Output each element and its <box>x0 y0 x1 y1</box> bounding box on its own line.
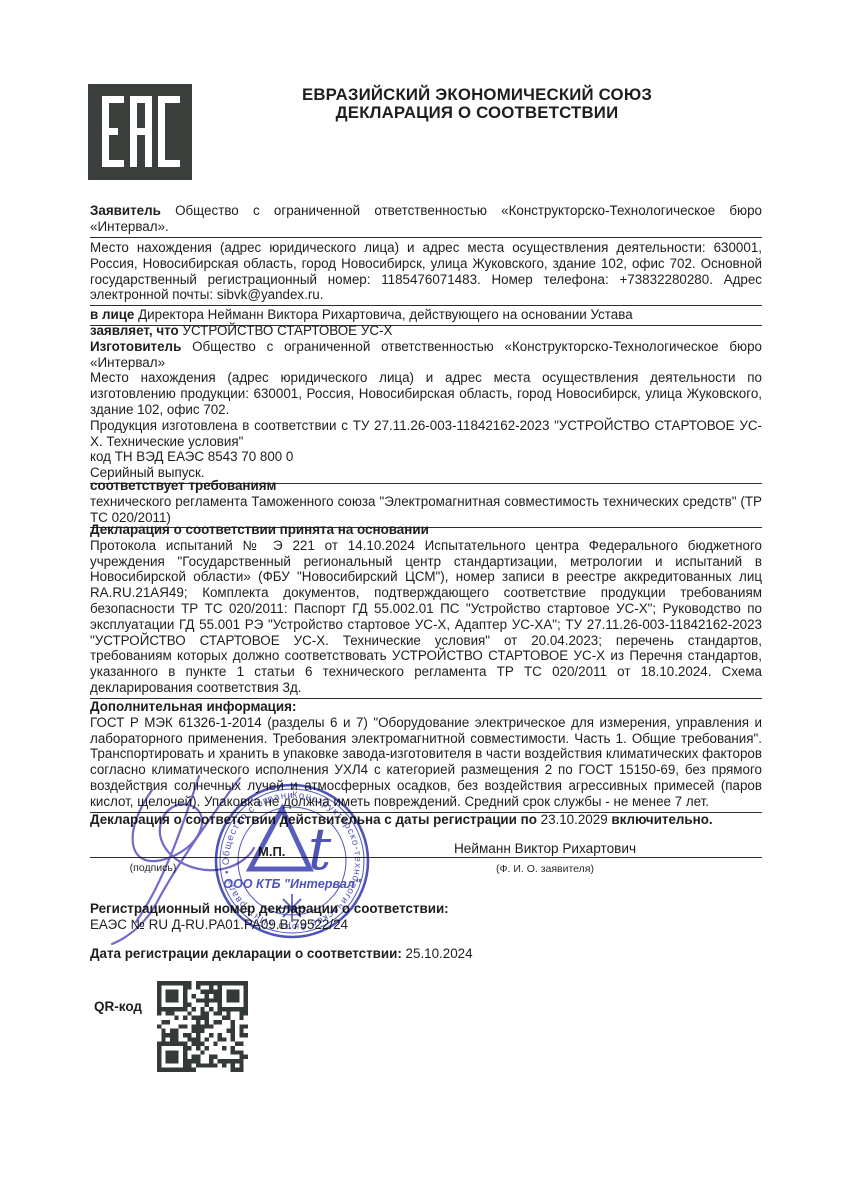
basis-heading: Декларация о соответствии принята на осн… <box>90 522 762 538</box>
manufacturer-label: Изготовитель <box>90 339 181 354</box>
eac-logo-icon <box>88 84 192 185</box>
qr-label: QR-код <box>94 999 142 1014</box>
basis-section: Декларация о соответствии принята на осн… <box>90 522 762 699</box>
stamp-t-letter: t <box>308 815 332 883</box>
product-section: заявляет, что УСТРОЙСТВО СТАРТОВОЕ УС-Х … <box>90 323 762 484</box>
applicant-address-section: Место нахождения (адрес юридического лиц… <box>90 240 762 306</box>
validity-suffix: включительно. <box>611 812 712 827</box>
document-title: ЕВРАЗИЙСКИЙ ЭКОНОМИЧЕСКИЙ СОЮЗ ДЕКЛАРАЦИ… <box>192 86 762 122</box>
additional-info-heading: Дополнительная информация: <box>90 699 762 715</box>
manufacturer-name: Общество с ограниченной ответственностью… <box>90 339 762 370</box>
compliance-heading: соответствует требованиям <box>90 478 762 494</box>
signer-name: Нейманн Виктор Рихартович <box>430 841 660 856</box>
declares-label: заявляет, что <box>90 323 179 338</box>
compliance-section: соответствует требованиям технического р… <box>90 478 762 528</box>
product-name: УСТРОЙСТВО СТАРТОВОЕ УС-Х <box>182 323 392 338</box>
validity-date: 23.10.2029 <box>541 812 608 827</box>
title-line1: ЕВРАЗИЙСКИЙ ЭКОНОМИЧЕСКИЙ СОЮЗ <box>192 86 762 104</box>
compliance-text: технического регламента Таможенного союз… <box>90 494 762 526</box>
applicant-label: Заявитель <box>90 203 161 218</box>
signer-caption: (Ф. И. О. заявителя) <box>430 863 660 875</box>
tnved-code: код ТН ВЭД ЕАЭС 8543 70 800 0 <box>90 449 762 465</box>
qr-code <box>157 981 248 1072</box>
manufacturer-address: Место нахождения (адрес юридического лиц… <box>90 370 762 417</box>
representative-text: Директора Нейманн Виктора Рихартовича, д… <box>138 307 633 322</box>
representative-label: в лице <box>90 307 134 322</box>
registration-date: 25.10.2024 <box>406 946 473 961</box>
applicant-section: Заявитель Общество с ограниченной ответс… <box>90 203 762 238</box>
production-info: Продукция изготовлена в соответствии с Т… <box>90 418 762 450</box>
declaration-document: ЕВРАЗИЙСКИЙ ЭКОНОМИЧЕСКИЙ СОЮЗ ДЕКЛАРАЦИ… <box>0 0 848 1200</box>
basis-text: Протокола испытаний № Э 221 от 14.10.202… <box>90 538 762 696</box>
applicant-address: Место нахождения (адрес юридического лиц… <box>90 240 762 302</box>
title-line2: ДЕКЛАРАЦИЯ О СООТВЕТСТВИИ <box>192 104 762 122</box>
handwritten-signature <box>92 770 292 952</box>
applicant-text: Общество с ограниченной ответственностью… <box>90 203 762 234</box>
